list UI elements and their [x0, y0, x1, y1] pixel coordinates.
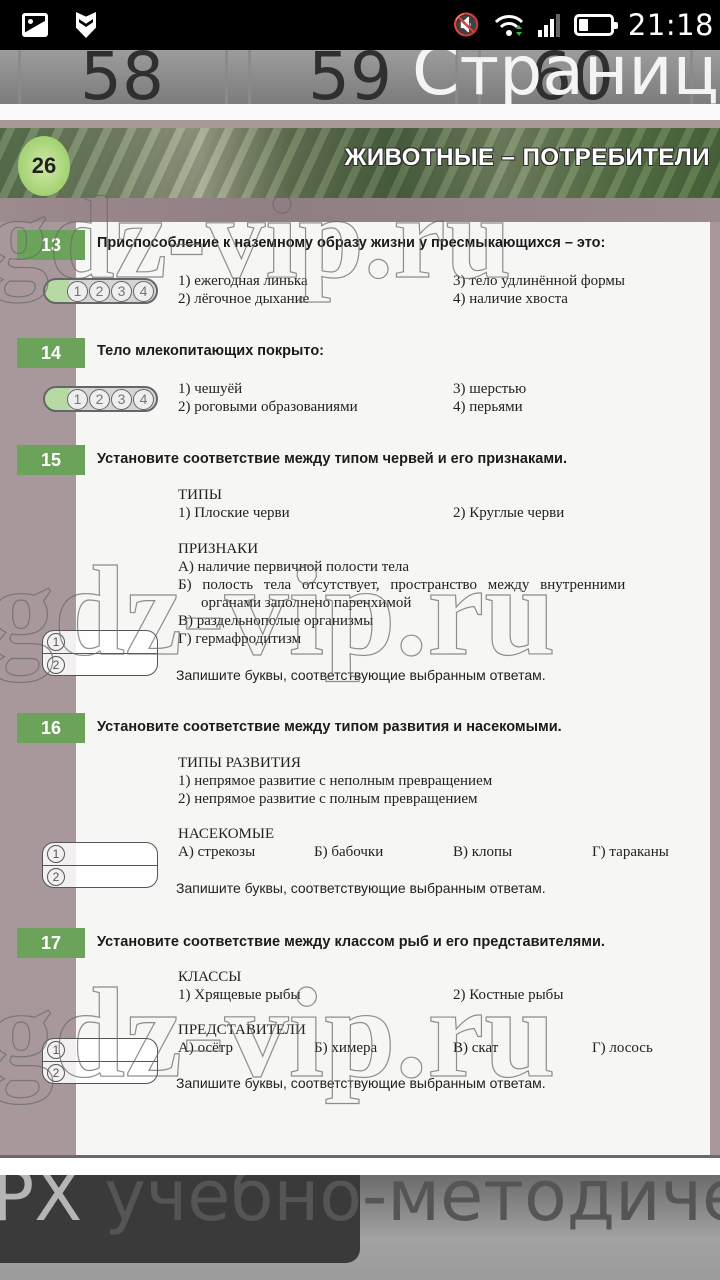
shield-notification-icon	[76, 12, 96, 38]
task-17-class-1: 1) Хрящевые рыбы	[178, 987, 301, 1004]
task-17-number: 17	[17, 928, 85, 958]
row-1-marker: 1	[47, 633, 65, 651]
task-15-type-2: 2) Круглые черви	[453, 505, 564, 522]
answer-circle-4[interactable]: 4	[133, 389, 154, 410]
row-2-marker: 2	[47, 1064, 65, 1082]
task-15-type-1: 1) Плоские черви	[178, 505, 290, 522]
task-17-rep-d: Г) лосось	[592, 1040, 653, 1057]
task-16-insects-title: НАСЕКОМЫЕ	[178, 826, 274, 843]
task-13-option-4: 4) наличие хвоста	[453, 291, 568, 308]
task-17-rep-a: А) осётр	[178, 1040, 233, 1057]
answer-circle-2[interactable]: 2	[89, 389, 110, 410]
task-15-feature-c: В) раздельнополые организмы	[178, 613, 373, 630]
signal-icon	[538, 12, 560, 38]
task-17-reps-title: ПРЕДСТАВИТЕЛИ	[178, 1022, 306, 1039]
task-16-number: 16	[17, 713, 85, 743]
task-15-feature-b: Б) полость тела отсутствует, пространств…	[178, 577, 625, 594]
bottom-caption-strip: РХ учебно-методиче	[0, 1175, 720, 1280]
task-16-insect-b: Б) бабочки	[314, 844, 383, 861]
task-16-types-title: ТИПЫ РАЗВИТИЯ	[178, 755, 301, 772]
page-top-spacer	[0, 104, 720, 120]
task-13-number: 13	[17, 230, 85, 260]
task-16-note: Запишите буквы, соответствующие выбранны…	[176, 880, 546, 896]
task-16-insect-a: А) стрекозы	[178, 844, 255, 861]
task-16-type-1: 1) непрямое развитие с неполным превраще…	[178, 773, 492, 790]
image-notification-icon	[22, 13, 48, 37]
task-14-option-3: 3) шерстью	[453, 381, 526, 398]
answer-row-2[interactable]: 2	[43, 1061, 157, 1083]
task-16-answer-box: 1 2	[42, 842, 158, 888]
row-2-marker: 2	[47, 656, 65, 674]
task-17-question: Установите соответствие между классом ры…	[97, 934, 605, 950]
page-thumb-59[interactable]: 59	[308, 50, 392, 104]
task-14-answer-choices: 1 2 3 4	[43, 386, 158, 412]
task-17-rep-c: В) скат	[453, 1040, 498, 1057]
answer-row-2[interactable]: 2	[43, 653, 157, 675]
task-17-note: Запишите буквы, соответствующие выбранны…	[176, 1075, 546, 1091]
task-15-question: Установите соответствие между типом черв…	[97, 451, 567, 467]
task-14-option-1: 1) чешуёй	[178, 381, 242, 398]
task-15-note: Запишите буквы, соответствующие выбранны…	[176, 667, 546, 683]
answer-circle-3[interactable]: 3	[111, 281, 132, 302]
task-13-option-1: 1) ежегодная линька	[178, 273, 308, 290]
textbook-page-image[interactable]: 26 ЖИВОТНЫЕ – ПОТРЕБИТЕЛИ 13 Приспособле…	[0, 120, 720, 1158]
task-15-feature-a: А) наличие первичной полости тела	[178, 559, 409, 576]
task-13-answer-choices: 1 2 3 4	[43, 278, 158, 304]
thumbnail-strip[interactable]: 58 59 60 Страниц	[0, 50, 720, 104]
task-15-feature-b-cont: органами заполнено паренхимой	[201, 595, 411, 612]
task-14-option-2: 2) роговыми образованиями	[178, 399, 358, 416]
task-13-option-3: 3) тело удлинённой формы	[453, 273, 625, 290]
task-13-option-2: 2) лёгочное дыхание	[178, 291, 309, 308]
answer-row-2[interactable]: 2	[43, 865, 157, 887]
task-17-answer-box: 1 2	[42, 1038, 158, 1084]
right-margin	[710, 222, 720, 1158]
row-1-marker: 1	[47, 1041, 65, 1059]
answer-circle-4[interactable]: 4	[133, 281, 154, 302]
task-15-number: 15	[17, 445, 85, 475]
task-14-option-4: 4) перьями	[453, 399, 523, 416]
task-15-features-title: ПРИЗНАКИ	[178, 541, 258, 558]
chapter-title: ЖИВОТНЫЕ – ПОТРЕБИТЕЛИ	[345, 144, 710, 172]
answer-circle-1[interactable]: 1	[67, 389, 88, 410]
answer-circle-2[interactable]: 2	[89, 281, 110, 302]
mute-icon: 🔇	[453, 13, 480, 38]
answer-circle-3[interactable]: 3	[111, 389, 132, 410]
answer-row-1[interactable]: 1	[43, 631, 157, 653]
row-2-marker: 2	[47, 868, 65, 886]
task-16-insect-d: Г) тараканы	[592, 844, 669, 861]
answer-row-1[interactable]: 1	[43, 843, 157, 865]
header-divider	[0, 198, 720, 222]
task-15-answer-box: 1 2	[42, 630, 158, 676]
row-1-marker: 1	[47, 845, 65, 863]
task-14-number: 14	[17, 338, 85, 368]
page-content-area	[76, 222, 710, 1157]
task-15-feature-d: Г) гермафродитизм	[178, 631, 301, 648]
page-number-badge: 26	[18, 136, 70, 196]
task-17-classes-title: КЛАССЫ	[178, 969, 241, 986]
task-13-question: Приспособление к наземному образу жизни …	[97, 235, 605, 251]
task-15-types-title: ТИПЫ	[178, 487, 222, 504]
caption-text: РХ учебно-методиче	[0, 1175, 720, 1237]
answer-circle-1[interactable]: 1	[67, 281, 88, 302]
status-bar: 🔇 21:18	[0, 0, 720, 50]
task-16-insect-c: В) клопы	[453, 844, 512, 861]
task-14-question: Тело млекопитающих покрыто:	[97, 343, 324, 359]
clock: 21:18	[628, 8, 714, 42]
task-16-question: Установите соответствие между типом разв…	[97, 719, 562, 735]
page-number: 26	[32, 153, 56, 179]
page-thumb-58[interactable]: 58	[80, 50, 164, 104]
task-17-class-2: 2) Костные рыбы	[453, 987, 563, 1004]
overlay-title: Страниц	[412, 50, 719, 104]
task-17-rep-b: Б) химера	[314, 1040, 377, 1057]
battery-icon	[574, 14, 614, 36]
page-bottom-spacer	[0, 1158, 720, 1175]
task-16-type-2: 2) непрямое развитие с полным превращени…	[178, 791, 478, 808]
wifi-icon	[494, 12, 524, 38]
answer-row-1[interactable]: 1	[43, 1039, 157, 1061]
